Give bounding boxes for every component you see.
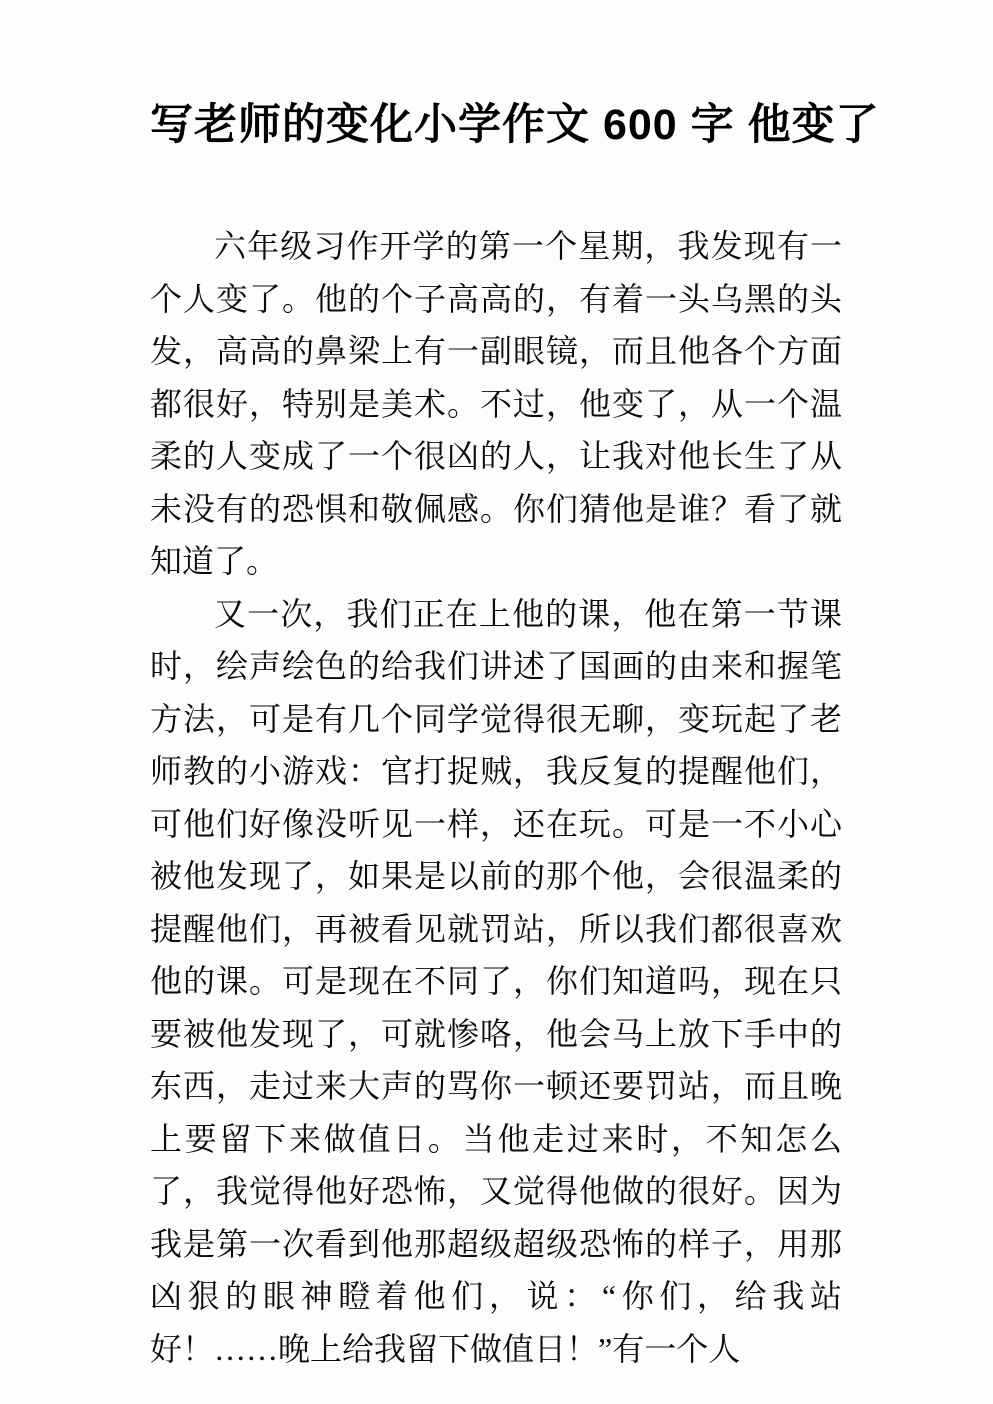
document-page: 写老师的变化小学作文 600 字 他变了 六年级习作开学的第一个星期，我发现有一… — [0, 0, 993, 1404]
document-body: 六年级习作开学的第一个星期，我发现有一个人变了。他的个子高高的，有着一头乌黑的头… — [150, 220, 842, 1375]
paragraph: 又一次，我们正在上他的课，他在第一节课时，绘声绘色的给我们讲述了国画的由来和握笔… — [150, 588, 842, 1376]
paragraph: 六年级习作开学的第一个星期，我发现有一个人变了。他的个子高高的，有着一头乌黑的头… — [150, 220, 842, 588]
document-title: 写老师的变化小学作文 600 字 他变了 — [150, 94, 842, 156]
